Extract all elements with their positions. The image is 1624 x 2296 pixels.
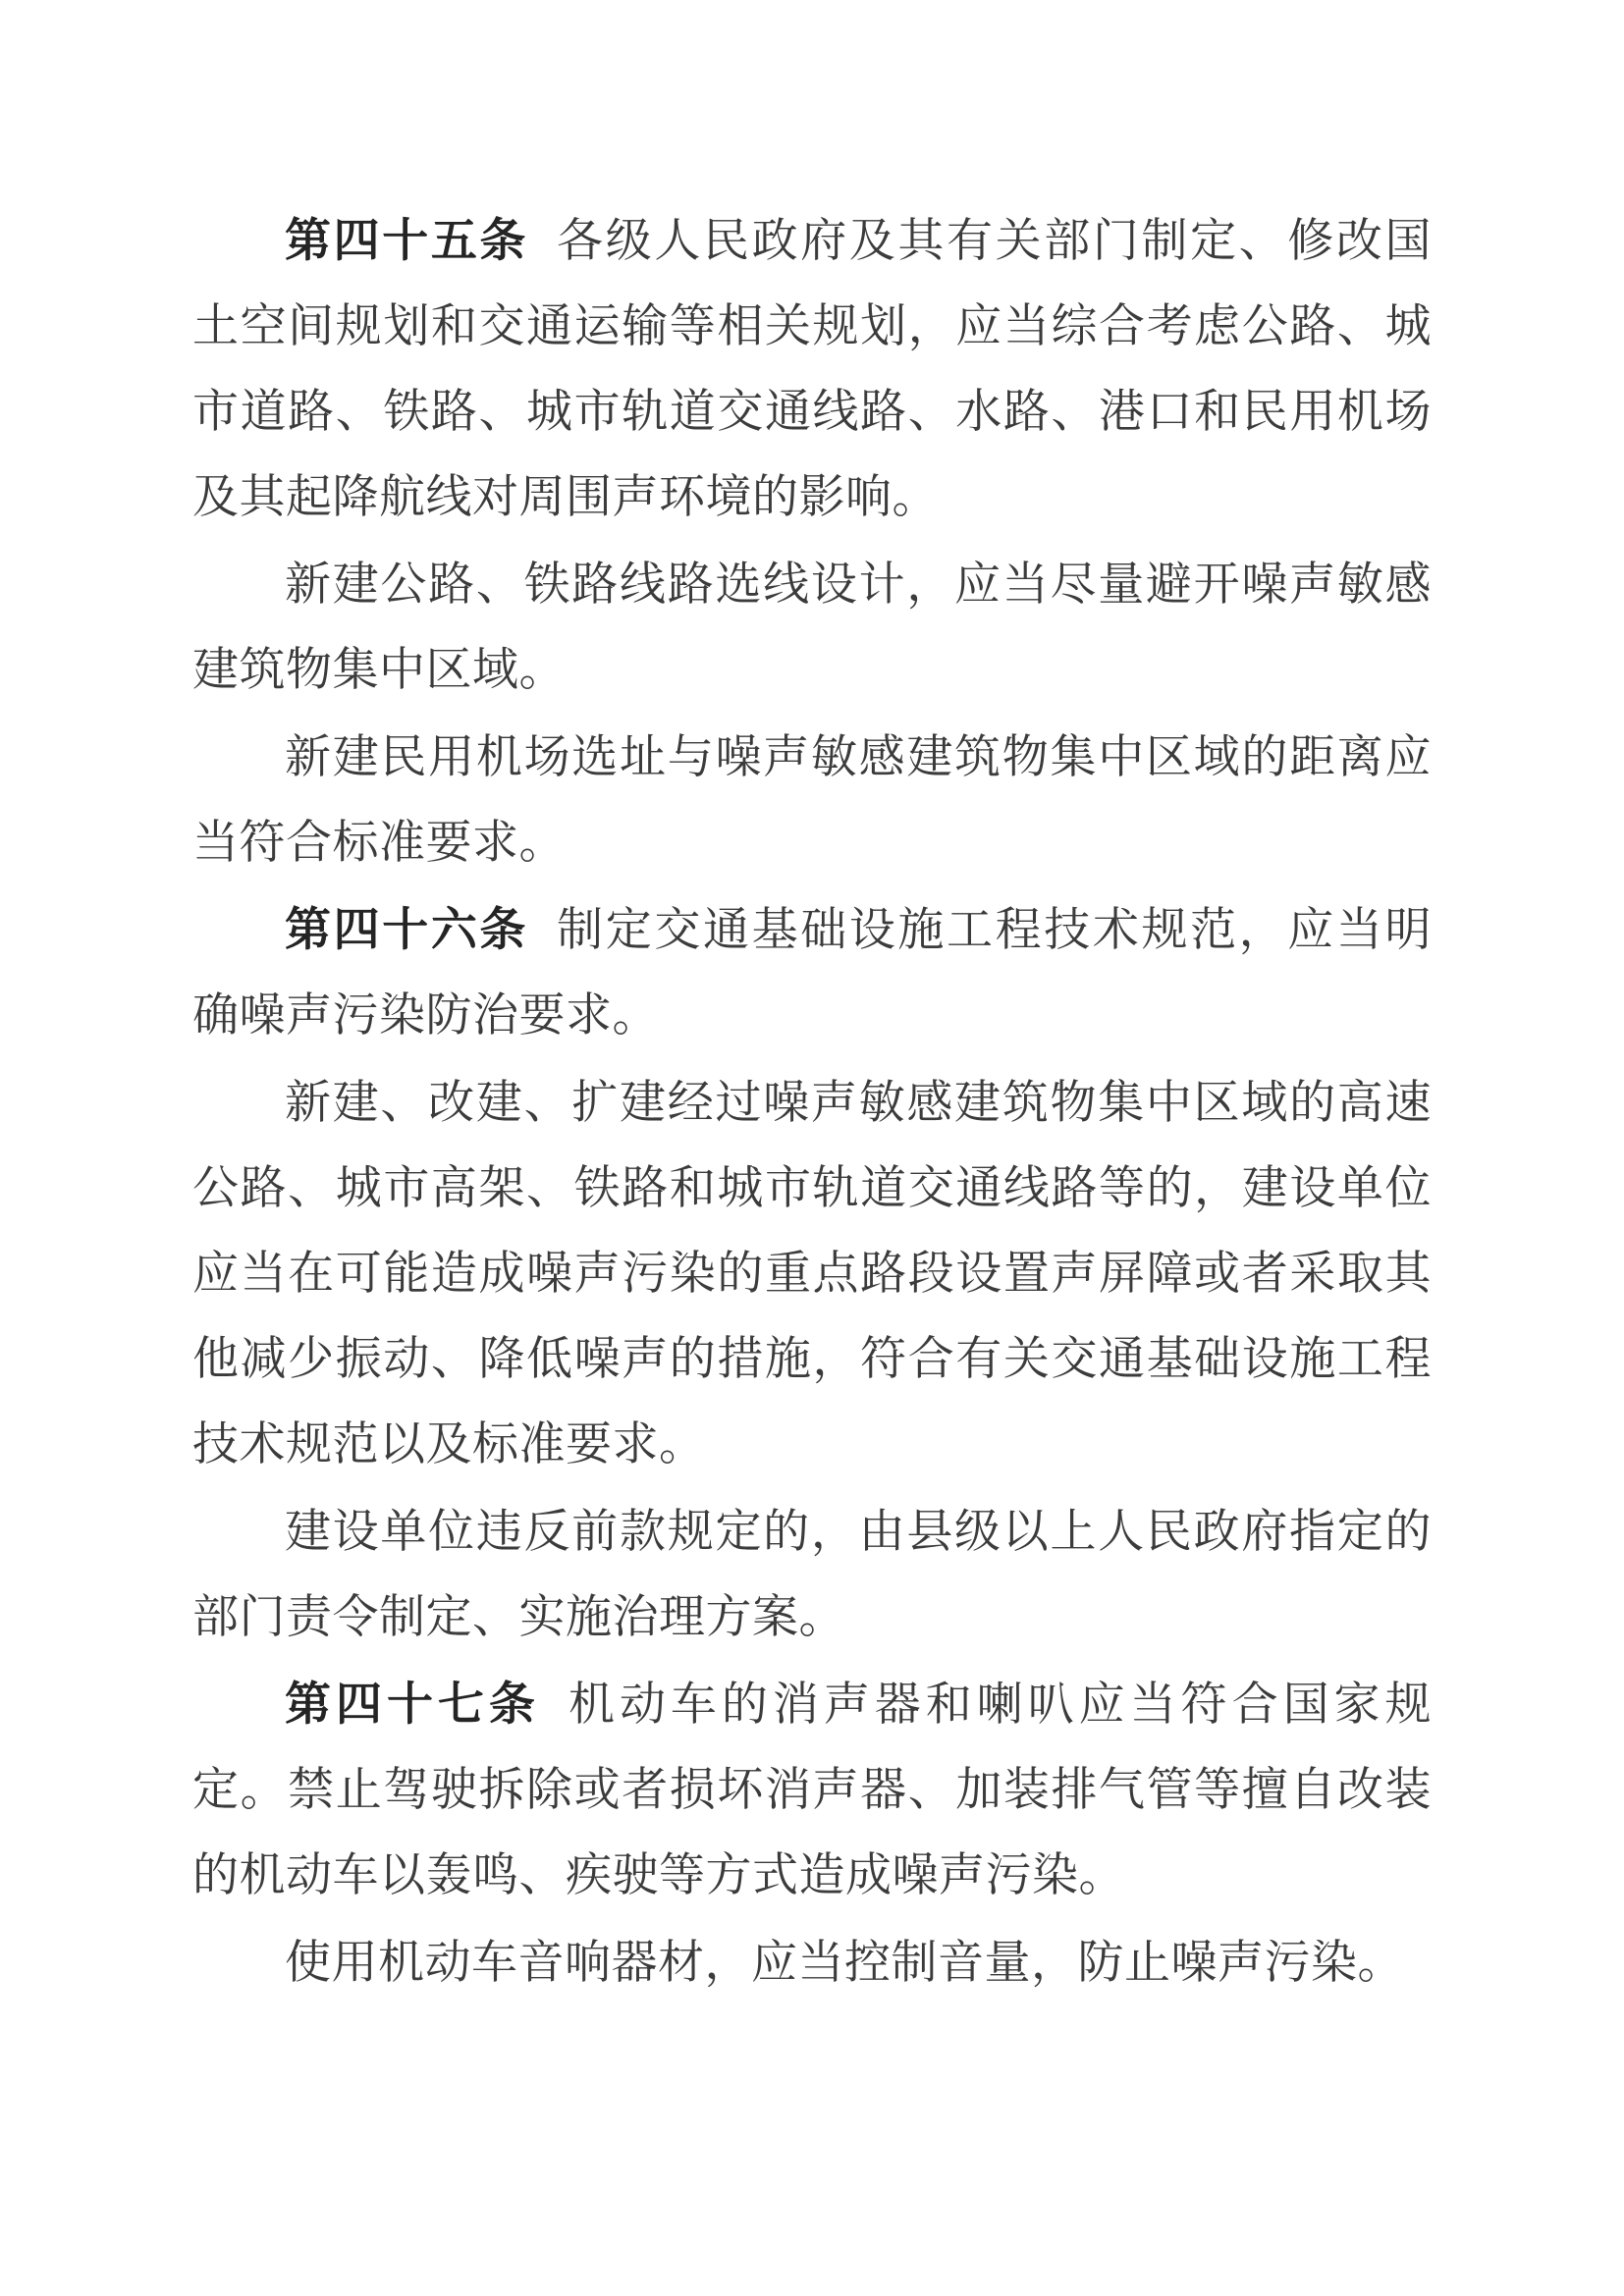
article-number: 第四十五条 xyxy=(285,214,528,266)
paragraph-text: 使用机动车音响器材，应当控制音量，防止噪声污染。 xyxy=(285,1938,1404,1989)
paragraph-text: 新建民用机场选址与噪声敏感建筑物集中区域的距离应当符合标准要求。 xyxy=(192,732,1432,869)
paragraph-text: 建设单位违反前款规定的，由县级以上人民政府指定的部门责令制定、实施治理方案。 xyxy=(192,1507,1432,1643)
paragraph-text: 新建、改建、扩建经过噪声敏感建筑物集中区域的高速公路、城市高架、铁路和城市轨道交… xyxy=(192,1078,1432,1470)
article-number: 第四十七条 xyxy=(285,1678,540,1730)
law-paragraph: 新建民用机场选址与噪声敏感建筑物集中区域的距离应当符合标准要求。 xyxy=(192,714,1432,886)
paragraph-text: 新建公路、铁路线路选线设计，应当尽量避开噪声敏感建筑物集中区域。 xyxy=(192,560,1432,696)
law-paragraph: 使用机动车音响器材，应当控制音量，防止噪声污染。 xyxy=(192,1919,1432,2006)
law-paragraph-article-45: 第四十五条各级人民政府及其有关部门制定、修改国土空间规划和交通运输等相关规划，应… xyxy=(192,197,1432,541)
law-paragraph-article-47: 第四十七条机动车的消声器和喇叭应当符合国家规定。禁止驾驶拆除或者损坏消声器、加装… xyxy=(192,1661,1432,1919)
document-page: 第四十五条各级人民政府及其有关部门制定、修改国土空间规划和交通运输等相关规划，应… xyxy=(0,0,1624,2296)
law-paragraph: 新建公路、铁路线路选线设计，应当尽量避开噪声敏感建筑物集中区域。 xyxy=(192,541,1432,714)
law-paragraph: 新建、改建、扩建经过噪声敏感建筑物集中区域的高速公路、城市高架、铁路和城市轨道交… xyxy=(192,1059,1432,1488)
article-number: 第四十六条 xyxy=(285,903,528,955)
law-paragraph: 建设单位违反前款规定的，由县级以上人民政府指定的部门责令制定、实施治理方案。 xyxy=(192,1488,1432,1661)
law-paragraph-article-46: 第四十六条制定交通基础设施工程技术规范，应当明确噪声污染防治要求。 xyxy=(192,886,1432,1059)
